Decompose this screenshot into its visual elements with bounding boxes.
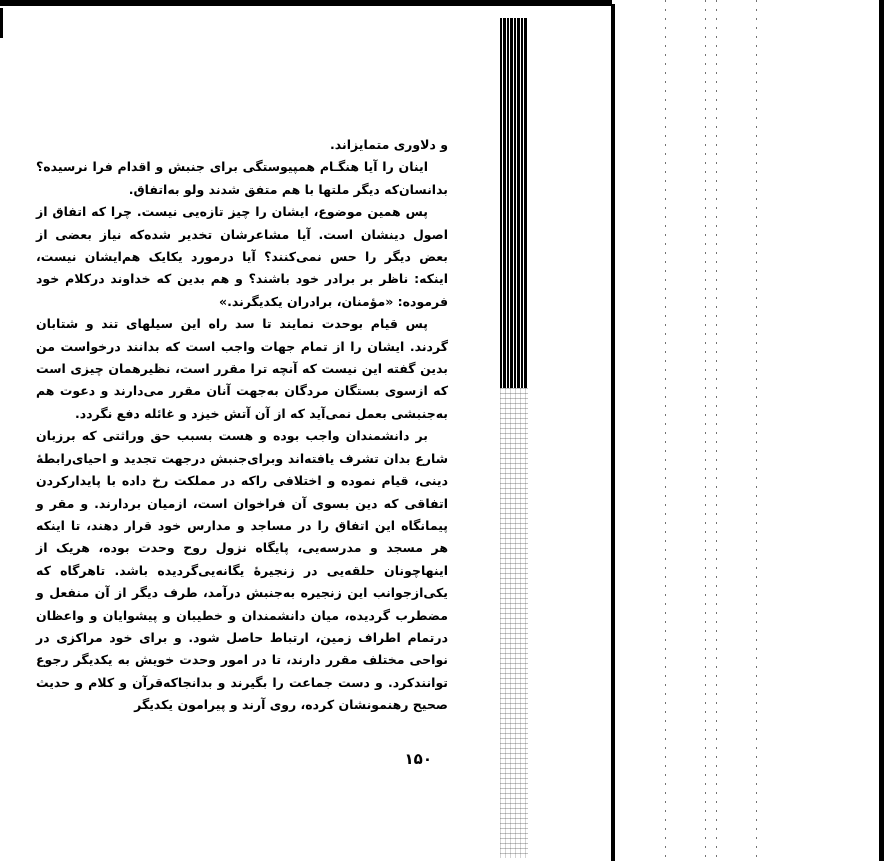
top-border-rule — [0, 0, 612, 6]
page-number: ۱۵۰ — [392, 750, 432, 768]
scan-noise-column — [716, 0, 717, 861]
scan-noise-column — [665, 0, 666, 861]
left-border-mark — [0, 8, 3, 38]
paragraph: اینان را آیا هنگـام همپیوستگی برای جنبش … — [36, 156, 448, 201]
binding-gutter-shadow — [500, 18, 528, 388]
paragraph: بر دانشمندان واجب بوده و هست بسبب حق ورا… — [36, 425, 448, 716]
paragraph: پس همین موضوع، ایشان را چیز تازه‌یی نیست… — [36, 201, 448, 313]
binding-gutter-fade — [500, 388, 528, 858]
scan-noise-column — [756, 0, 757, 861]
right-edge-border — [879, 0, 884, 861]
paragraph: و دلاوری متمایزاند. — [36, 134, 448, 156]
right-border-rule — [611, 4, 615, 861]
scan-noise-column — [705, 0, 706, 861]
body-text: و دلاوری متمایزاند. اینان را آیا هنگـام … — [36, 134, 448, 717]
paragraph: پس قیام بوحدت نمایند تا سد راه این سیلها… — [36, 313, 448, 425]
